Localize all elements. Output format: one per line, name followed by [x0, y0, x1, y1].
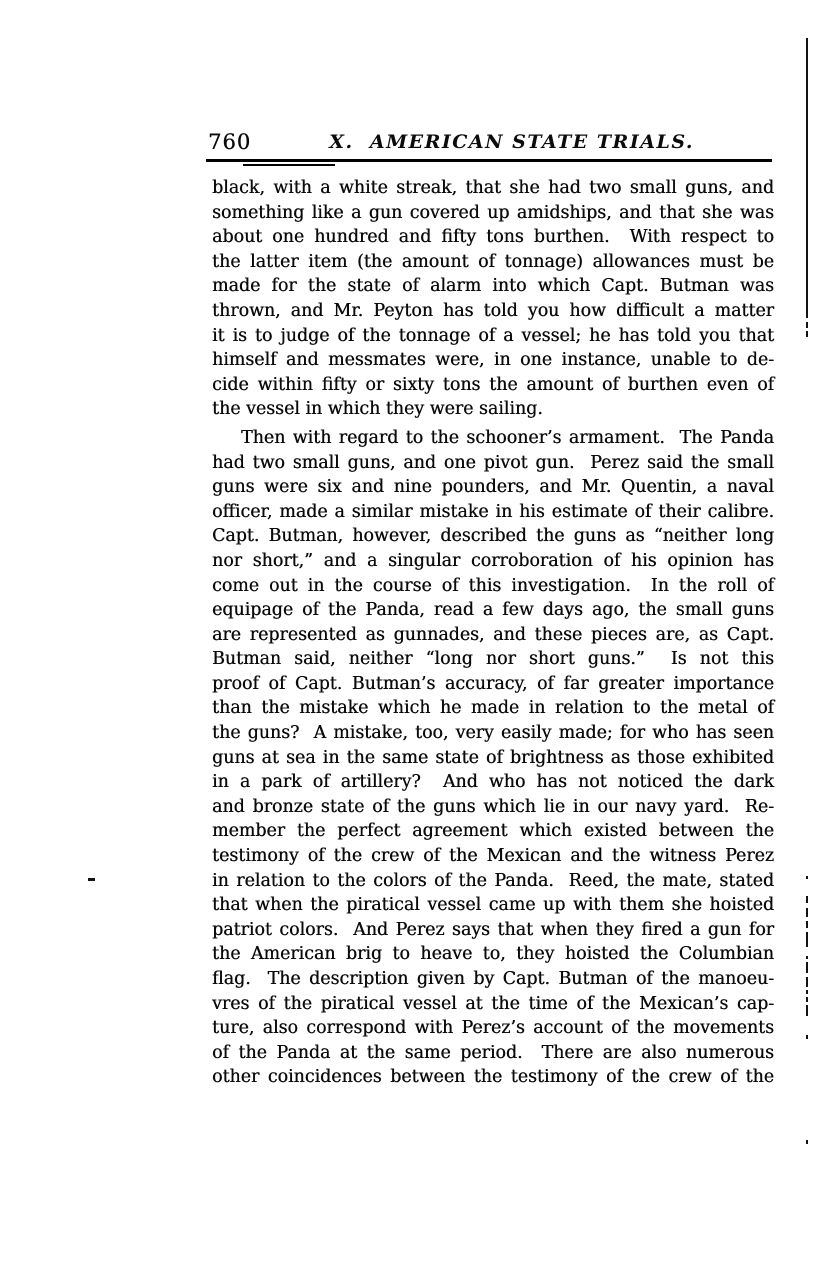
scan-artifact-dash	[806, 977, 808, 987]
text-line: patriot colors. And Perez says that when…	[212, 918, 774, 943]
scan-artifact-tick	[88, 878, 95, 881]
scan-artifact-dash	[806, 962, 808, 973]
header-rule	[206, 159, 772, 162]
page-body: black, with a white streak, that she had…	[212, 176, 774, 1090]
book-page: 760 X. AMERICAN STATE TRIALS. black, wit…	[0, 0, 836, 1284]
text-line: in relation to the colors of the Panda. …	[212, 869, 774, 894]
text-line: guns were six and nine pounders, and Mr.…	[212, 475, 774, 500]
scan-artifact-dash	[806, 908, 808, 917]
scan-artifact-dash	[806, 331, 808, 337]
running-title: X. AMERICAN STATE TRIALS.	[329, 131, 694, 153]
text-line: nor short,” and a singular corroboration…	[212, 549, 774, 574]
text-line: and bronze state of the guns which lie i…	[212, 795, 774, 820]
text-line: the American brig to heave to, they hois…	[212, 942, 774, 967]
text-line: the vessel in which they were sailing.	[212, 397, 774, 422]
scan-artifact-dash	[806, 997, 808, 1002]
scan-artifact-dash	[806, 876, 808, 879]
scan-artifact-line	[806, 38, 808, 318]
scan-artifact-dash	[806, 990, 808, 994]
text-line: member the perfect agreement which exist…	[212, 819, 774, 844]
text-line: testimony of the crew of the Mexican and…	[212, 844, 774, 869]
text-line: of the Panda at the same period. There a…	[212, 1041, 774, 1066]
scan-artifact-dash	[806, 1005, 808, 1016]
text-line: had two small guns, and one pivot gun. P…	[212, 451, 774, 476]
scan-artifact-dash	[806, 956, 808, 959]
text-line: black, with a white streak, that she had…	[212, 176, 774, 201]
running-head: 760 X. AMERICAN STATE TRIALS.	[206, 128, 772, 158]
page-number: 760	[208, 130, 251, 154]
text-line: it is to judge of the tonnage of a vesse…	[212, 324, 774, 349]
text-line: other coincidences between the testimony…	[212, 1065, 774, 1090]
text-line: come out in the course of this investiga…	[212, 574, 774, 599]
paragraph: Then with regard to the schooner’s armam…	[212, 426, 774, 1090]
text-line: Capt. Butman, however, described the gun…	[212, 524, 774, 549]
text-line: that when the piratical vessel came up w…	[212, 893, 774, 918]
text-line: made for the state of alarm into which C…	[212, 274, 774, 299]
text-line: thrown, and Mr. Peyton has told you how …	[212, 299, 774, 324]
text-line: guns at sea in the same state of brightn…	[212, 746, 774, 771]
text-line: than the mistake which he made in relati…	[212, 696, 774, 721]
text-line: the guns? A mistake, too, very easily ma…	[212, 721, 774, 746]
text-line: equipage of the Panda, read a few days a…	[212, 598, 774, 623]
text-line: proof of Capt. Butman’s accuracy, of far…	[212, 672, 774, 697]
scan-artifact-dash	[806, 322, 808, 328]
text-line: cide within fifty or sixty tons the amou…	[212, 373, 774, 398]
scan-artifact-dash	[806, 921, 808, 928]
scan-artifact-dash	[806, 932, 808, 947]
scan-artifact-dash	[806, 1140, 808, 1144]
text-line: the latter item (the amount of tonnage) …	[212, 250, 774, 275]
scan-artifact-dash	[806, 1035, 808, 1039]
text-line: Then with regard to the schooner’s armam…	[212, 426, 774, 451]
header-rule-artifact	[243, 164, 335, 166]
text-line: about one hundred and fifty tons burthen…	[212, 225, 774, 250]
text-line: in a park of artillery? And who has not …	[212, 770, 774, 795]
text-line: something like a gun covered up amidship…	[212, 201, 774, 226]
text-line: flag. The description given by Capt. But…	[212, 967, 774, 992]
text-line: ture, also correspond with Perez’s accou…	[212, 1016, 774, 1041]
scan-artifact-dash	[806, 896, 808, 903]
text-line: Butman said, neither “long nor short gun…	[212, 647, 774, 672]
text-line: vres of the piratical vessel at the time…	[212, 992, 774, 1017]
text-line: are represented as gunnades, and these p…	[212, 623, 774, 648]
paragraph: black, with a white streak, that she had…	[212, 176, 774, 422]
text-line: officer, made a similar mistake in his e…	[212, 500, 774, 525]
text-line: himself and messmates were, in one insta…	[212, 348, 774, 373]
